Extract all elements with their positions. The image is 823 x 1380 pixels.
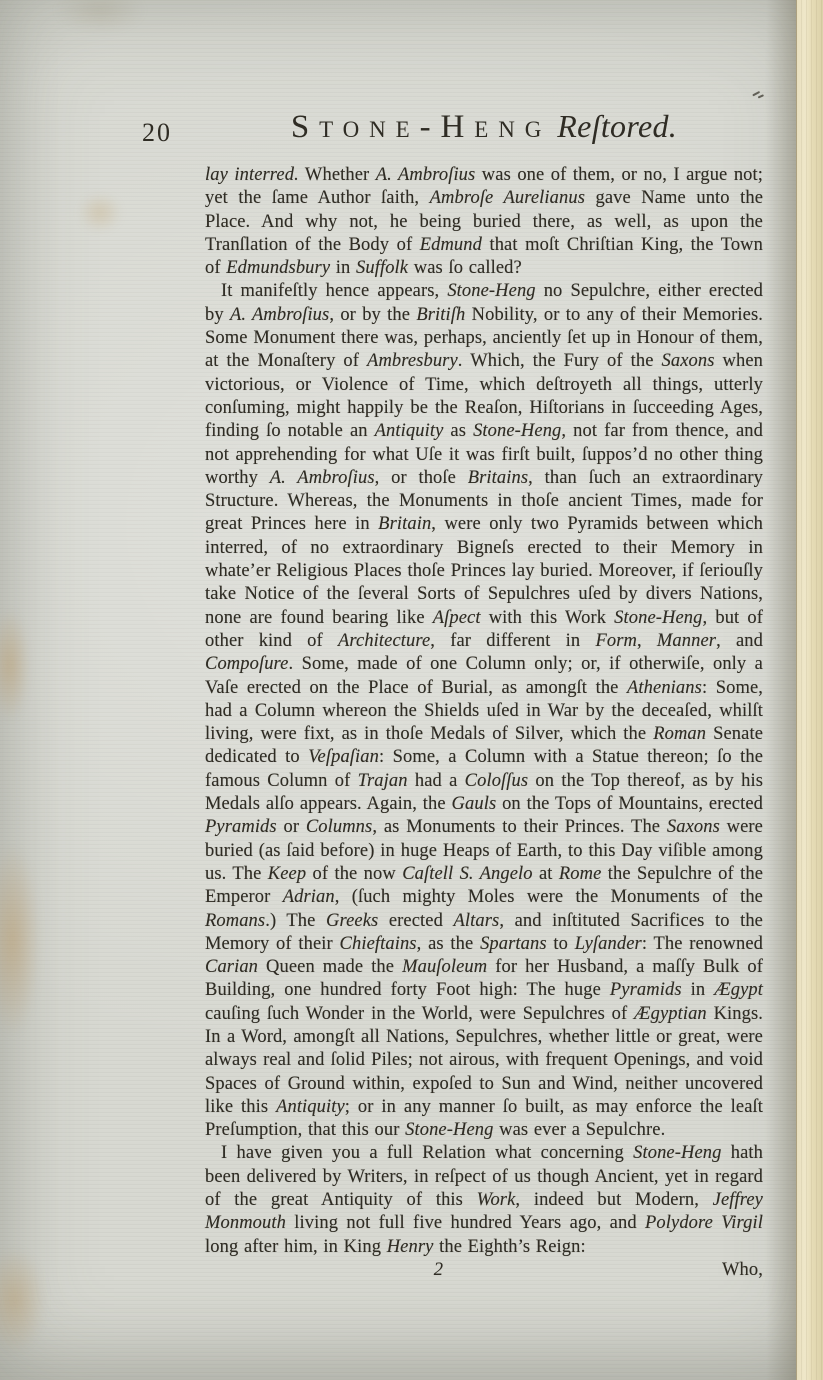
text-block: lay interred. Whether A. Ambroſius was o… [205, 164, 763, 1282]
paragraph-3: I have given you a full Relation what co… [205, 1142, 763, 1258]
foxing-stain [0, 810, 50, 1070]
ink-mark [751, 86, 768, 103]
foxing-stain [40, 0, 160, 40]
running-title: Stone-HengReſtored. [205, 108, 763, 146]
paragraph-continuation: lay interred. Whether A. Ambroſius was o… [205, 164, 763, 280]
foxing-stain [0, 1230, 57, 1370]
signature-mark: 2 [434, 1259, 443, 1282]
foxing-stain [70, 185, 130, 240]
foxing-stain [0, 590, 37, 740]
footer-line: 2 Who, [205, 1259, 763, 1282]
catchword: Who, [722, 1259, 763, 1282]
next-page-fore-edge [796, 0, 823, 1380]
page-fold-shadow [766, 0, 796, 1380]
paragraph-2: It manifeſtly hence appears, Stone-Heng … [205, 280, 763, 1142]
running-title-italic: Reſtored. [557, 108, 677, 144]
running-title-smallcaps: Stone-Heng [291, 109, 551, 145]
book-page-scan: 20 Stone-HengReſtored. lay interred. Whe… [0, 0, 823, 1380]
page-number: 20 [142, 118, 172, 148]
running-head: 20 Stone-HengReſtored. [0, 108, 823, 154]
